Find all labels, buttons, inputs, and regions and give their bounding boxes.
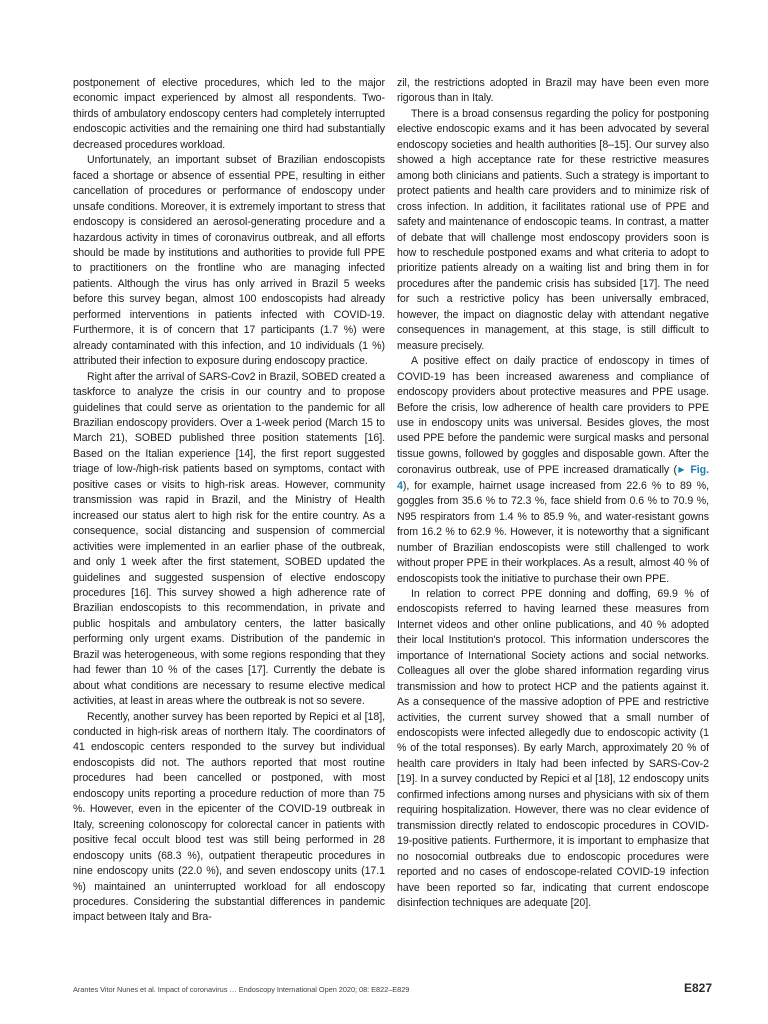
left-column: postponement of elective procedures, whi… xyxy=(73,76,385,926)
arrow-right-icon: ▶ xyxy=(677,465,686,474)
paragraph-ppe-shortage: Unfortunately, an important subset of Br… xyxy=(73,153,385,369)
paragraph-consensus: There is a broad consensus regarding the… xyxy=(397,107,709,354)
paragraph-ppe-usage: A positive effect on daily practice of e… xyxy=(397,354,709,587)
right-column: zil, the restrictions adopted in Brazil … xyxy=(397,76,709,911)
ppe-usage-text-after: ), for example, hairnet usage increased … xyxy=(397,480,709,585)
paragraph-sobed-taskforce: Right after the arrival of SARS-Cov2 in … xyxy=(73,370,385,710)
footer-citation: Arantes Vitor Nunes et al. Impact of cor… xyxy=(73,985,409,994)
paragraph-continuation-brazil: zil, the restrictions adopted in Brazil … xyxy=(397,76,709,107)
page-number: E827 xyxy=(684,981,712,995)
paragraph-continuation: postponement of elective procedures, whi… xyxy=(73,76,385,153)
paragraph-donning-doffing: In relation to correct PPE donning and d… xyxy=(397,587,709,912)
paragraph-italy-survey: Recently, another survey has been report… xyxy=(73,710,385,926)
ppe-usage-text-before: A positive effect on daily practice of e… xyxy=(397,355,709,476)
